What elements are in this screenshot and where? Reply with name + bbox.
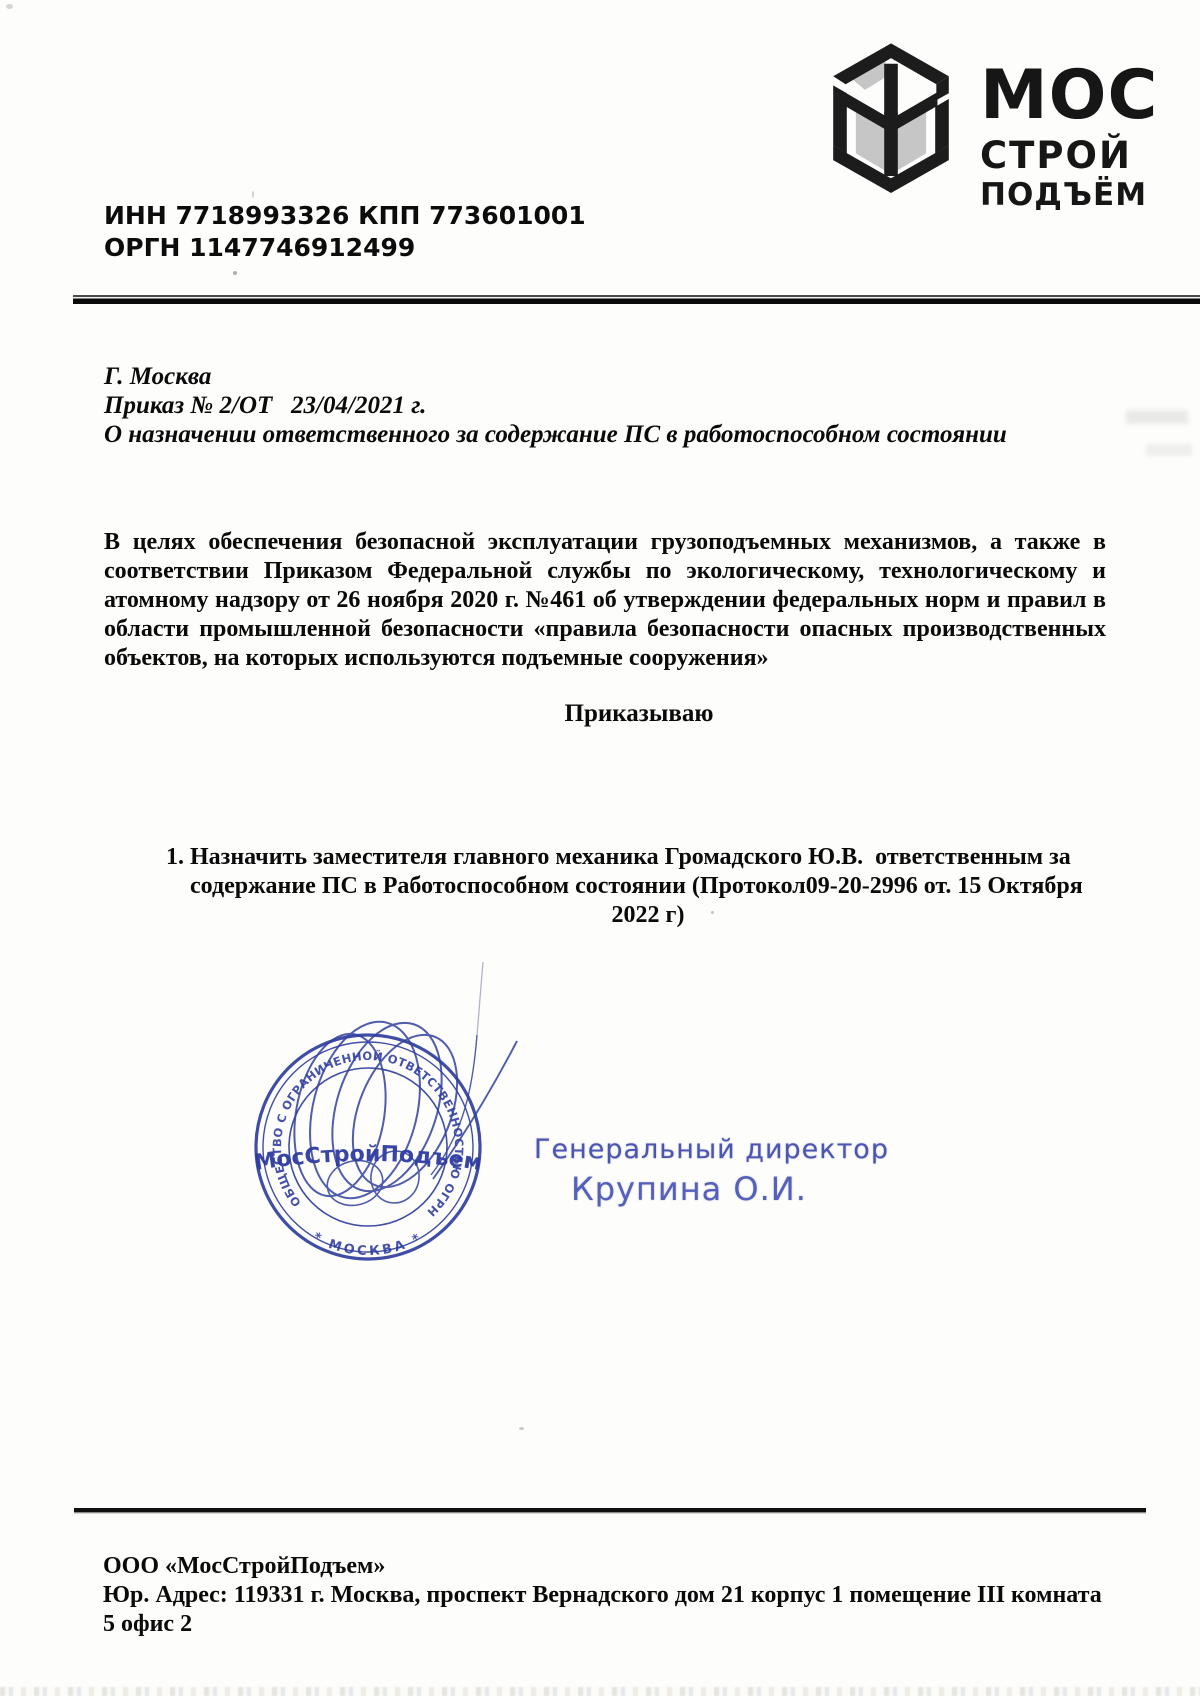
handwritten-signature	[282, 962, 517, 1211]
order-subject-line: О назначении ответственного за содержани…	[104, 420, 1007, 449]
stamp-ring-text: ОБЩЕСТВО С ОГРАНИЧЕННОЙ ОТВЕТСТВЕННОСТЬЮ…	[205, 935, 466, 1223]
footer-legal-address: Юр. Адрес: 119331 г. Москва, проспект Ве…	[103, 1581, 1115, 1639]
company-logo-cube-icon	[815, 40, 967, 210]
scan-speck	[519, 1427, 524, 1430]
company-round-stamp: ОБЩЕСТВО С ОГРАНИЧЕННОЙ ОТВЕТСТВЕННОСТЬЮ…	[205, 935, 605, 1285]
item-line-1: Назначить заместителя главного механика …	[190, 843, 1106, 872]
scan-speck	[252, 191, 254, 198]
company-identifiers: ИНН 7718993326 КПП 773601001 ОРГН 114774…	[104, 200, 586, 264]
scanned-order-document: МОС СТРОЙ ПОДЪЁМ ИНН 7718993326 КПП 7736…	[0, 0, 1200, 1696]
inn-kpp-line: ИНН 7718993326 КПП 773601001	[104, 200, 586, 232]
director-name-stamp: Крупина О.И.	[571, 1170, 807, 1208]
scan-noise-band	[0, 1687, 1200, 1696]
company-logo-wordmark: МОС СТРОЙ ПОДЪЁМ	[980, 62, 1158, 211]
logo-line-podem: ПОДЪЁМ	[980, 180, 1158, 211]
ogrn-line: ОРГН 1147746912499	[104, 232, 586, 264]
order-item-1: 1. Назначить заместителя главного механи…	[166, 843, 1106, 930]
header-divider-line	[73, 295, 1200, 304]
city-line: Г. Москва	[104, 362, 1007, 391]
scan-speck	[711, 911, 714, 914]
order-number-line: Приказ № 2/ОТ 23/04/2021 г.	[104, 391, 1007, 420]
scan-speck	[233, 271, 237, 275]
item-number: 1.	[166, 843, 184, 872]
logo-line-stroy: СТРОЙ	[980, 137, 1158, 174]
logo-line-mos: МОС	[980, 62, 1158, 130]
footer-divider-line	[74, 1508, 1146, 1514]
scan-smudge	[1146, 444, 1192, 456]
footer-company-name: ООО «МосСтройПодъем»	[103, 1552, 1115, 1581]
decree-word: Приказываю	[104, 700, 1174, 728]
cube-black-beams	[833, 43, 949, 193]
footer-block: ООО «МосСтройПодъем» Юр. Адрес: 119331 г…	[103, 1552, 1115, 1639]
scan-smudge	[1126, 410, 1188, 424]
scan-speck	[6, 4, 13, 9]
stamp-bottom-text: * МОСКВА *	[310, 1230, 425, 1259]
item-line-3: 2022 г)	[190, 901, 1106, 930]
item-text: Назначить заместителя главного механика …	[190, 843, 1106, 930]
order-body-paragraph: В целях обеспечения безопасной эксплуата…	[104, 528, 1106, 673]
order-heading: Г. Москва Приказ № 2/ОТ 23/04/2021 г. О …	[104, 362, 1007, 449]
director-title-stamp: Генеральный директор	[534, 1134, 889, 1165]
item-line-2: содержание ПС в Работоспособном состояни…	[190, 872, 1106, 901]
